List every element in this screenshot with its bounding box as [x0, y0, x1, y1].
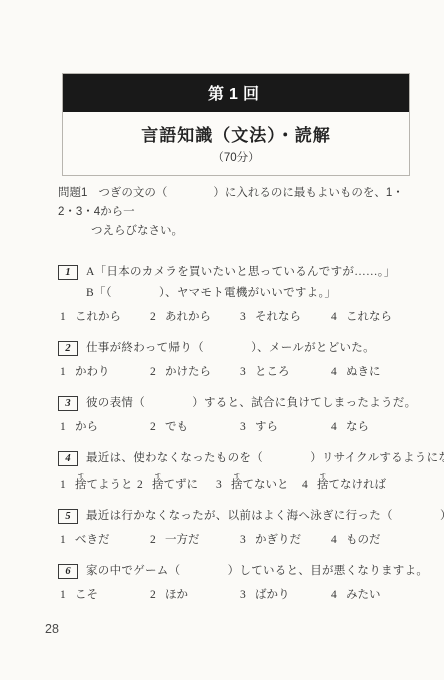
- option-label: 捨すてずに: [152, 479, 198, 491]
- option-label: 捨すてないと: [231, 479, 289, 491]
- option-2-1: 1かわり: [60, 363, 150, 382]
- question-4: 4最近は、使わなくなったものを（ ）リサイクルするようになった。1捨すてようと2…: [58, 448, 406, 495]
- option-number: 3: [240, 363, 248, 382]
- option-5-2: 2一方だ: [150, 531, 240, 550]
- option-label: 一方だ: [165, 534, 200, 546]
- question-stem: A「日本のカメラを買いたいと思っているんですが……。」B「（ ）、ヤマモト電機が…: [86, 262, 396, 304]
- option-number: 4: [331, 363, 339, 382]
- option-label: かわり: [75, 366, 110, 378]
- round-banner: 第1回: [63, 74, 409, 112]
- option-4-3: 3捨すてないと: [216, 473, 302, 495]
- option-5-1: 1べきだ: [60, 531, 150, 550]
- option-2-2: 2かけたら: [150, 363, 240, 382]
- question-stem: 家の中でゲーム（ ）していると、目が悪くなりますよ。: [86, 561, 428, 582]
- option-label: 捨すてようと: [75, 479, 133, 491]
- options-row: 1べきだ2一方だ3かぎりだ4ものだ: [60, 531, 406, 550]
- question-number-box: 4: [58, 451, 78, 466]
- option-number: 2: [150, 586, 158, 605]
- instruction-line-1: 問題1つぎの文の（ ）に入れるのに最もよいものを、1・2・3・4から一: [58, 184, 406, 222]
- option-label: かぎりだ: [255, 534, 301, 546]
- option-label: こそ: [75, 589, 98, 601]
- option-label: みたい: [346, 589, 381, 601]
- question-6: 6家の中でゲーム（ ）していると、目が悪くなりますよ。1こそ2ほか3ばかり4みた…: [58, 561, 406, 605]
- option-number: 4: [302, 476, 310, 495]
- instruction-text: つぎの文の（ ）に入れるのに最もよいものを、1・2・3・4から一: [58, 187, 404, 218]
- stem-line: 家の中でゲーム（ ）していると、目が悪くなりますよ。: [86, 561, 428, 582]
- option-number: 3: [240, 308, 248, 327]
- stem-line: A「日本のカメラを買いたいと思っているんですが……。」: [86, 262, 396, 283]
- option-number: 1: [60, 586, 68, 605]
- option-number: 1: [60, 418, 68, 437]
- question-stem: 仕事が終わって帰り（ ）、メールがとどいた。: [86, 338, 375, 359]
- option-1-2: 2あれから: [150, 308, 240, 327]
- question-number-box: 2: [58, 341, 78, 356]
- options-row: 1これから2あれから3それなら4これなら: [60, 308, 406, 327]
- option-label: べきだ: [75, 534, 110, 546]
- option-label: ぬきに: [346, 366, 381, 378]
- option-3-4: 4なら: [331, 418, 406, 437]
- option-5-3: 3かぎりだ: [240, 531, 331, 550]
- option-number: 3: [216, 476, 224, 495]
- option-3-2: 2でも: [150, 418, 240, 437]
- header-box: 第1回 言語知識（文法）・読解 （70分）: [62, 73, 410, 176]
- option-4-1: 1捨すてようと: [60, 473, 137, 495]
- test-title: 言語知識（文法）・読解: [63, 121, 409, 146]
- option-label: すら: [255, 421, 278, 433]
- content-area: 問題1つぎの文の（ ）に入れるのに最もよいものを、1・2・3・4から一 つえらび…: [58, 184, 406, 616]
- questions: 1A「日本のカメラを買いたいと思っているんですが……。」B「（ ）、ヤマモト電機…: [58, 262, 406, 605]
- options-row: 1捨すてようと2捨すてずに3捨すてないと4捨すてなければ: [60, 473, 406, 495]
- question-number-box: 3: [58, 396, 78, 411]
- option-label: これから: [75, 311, 121, 323]
- option-3-1: 1から: [60, 418, 150, 437]
- option-4-4: 4捨すてなければ: [302, 473, 406, 495]
- test-page: 第1回 言語知識（文法）・読解 （70分） 問題1つぎの文の（ ）に入れるのに最…: [0, 0, 444, 680]
- option-4-2: 2捨すてずに: [137, 473, 216, 495]
- option-label: ところ: [255, 366, 290, 378]
- option-5-4: 4ものだ: [331, 531, 406, 550]
- question-stem: 彼の表情（ ）すると、試合に負けてしまったようだ。: [86, 393, 416, 414]
- question-stem: 最近は行かなくなったが、以前はよく海へ泳ぎに行った（ ）。: [86, 506, 444, 527]
- option-number: 2: [150, 418, 158, 437]
- option-number: 1: [60, 363, 68, 382]
- option-number: 2: [137, 476, 145, 495]
- option-number: 3: [240, 586, 248, 605]
- option-label: なら: [346, 421, 369, 433]
- stem-line: 彼の表情（ ）すると、試合に負けてしまったようだ。: [86, 393, 416, 414]
- question-1: 1A「日本のカメラを買いたいと思っているんですが……。」B「（ ）、ヤマモト電機…: [58, 262, 406, 327]
- instruction-line-2: つえらびなさい。: [58, 222, 406, 241]
- question-number-box: 5: [58, 509, 78, 524]
- option-label: ものだ: [346, 534, 381, 546]
- option-number: 4: [331, 418, 339, 437]
- option-number: 2: [150, 363, 158, 382]
- option-2-3: 3ところ: [240, 363, 331, 382]
- options-row: 1から2でも3すら4なら: [60, 418, 406, 437]
- option-number: 1: [60, 476, 68, 495]
- option-label: それなら: [255, 311, 301, 323]
- option-number: 1: [60, 531, 68, 550]
- option-number: 4: [331, 586, 339, 605]
- stem-line: B「（ ）、ヤマモト電機がいいですよ。」: [86, 283, 396, 304]
- options-row: 1こそ2ほか3ばかり4みたい: [60, 586, 406, 605]
- page-number: 28: [45, 622, 59, 636]
- question-3: 3彼の表情（ ）すると、試合に負けてしまったようだ。1から2でも3すら4なら: [58, 393, 406, 437]
- option-label: ばかり: [255, 589, 290, 601]
- option-label: かけたら: [165, 366, 211, 378]
- option-1-1: 1これから: [60, 308, 150, 327]
- section-label: 問題1: [58, 187, 87, 199]
- stem-line: 最近は行かなくなったが、以前はよく海へ泳ぎに行った（ ）。: [86, 506, 444, 527]
- option-number: 2: [150, 531, 158, 550]
- question-2: 2仕事が終わって帰り（ ）、メールがとどいた。1かわり2かけたら3ところ4ぬきに: [58, 338, 406, 382]
- question-stem: 最近は、使わなくなったものを（ ）リサイクルするようになった。: [86, 448, 444, 469]
- option-number: 1: [60, 308, 68, 327]
- stem-line: 最近は、使わなくなったものを（ ）リサイクルするようになった。: [86, 448, 444, 469]
- option-number: 3: [240, 531, 248, 550]
- question-number-box: 1: [58, 265, 78, 280]
- option-3-3: 3すら: [240, 418, 331, 437]
- option-1-3: 3それなら: [240, 308, 331, 327]
- option-label: 捨すてなければ: [317, 479, 386, 491]
- question-number-box: 6: [58, 564, 78, 579]
- option-number: 2: [150, 308, 158, 327]
- option-label: あれから: [165, 311, 211, 323]
- option-2-4: 4ぬきに: [331, 363, 406, 382]
- option-label: から: [75, 421, 98, 433]
- option-number: 4: [331, 308, 339, 327]
- stem-line: 仕事が終わって帰り（ ）、メールがとどいた。: [86, 338, 375, 359]
- option-label: でも: [165, 421, 188, 433]
- question-5: 5最近は行かなくなったが、以前はよく海へ泳ぎに行った（ ）。1べきだ2一方だ3か…: [58, 506, 406, 550]
- option-label: これなら: [346, 311, 392, 323]
- option-6-4: 4みたい: [331, 586, 406, 605]
- test-duration: （70分）: [63, 149, 409, 165]
- option-6-3: 3ばかり: [240, 586, 331, 605]
- options-row: 1かわり2かけたら3ところ4ぬきに: [60, 363, 406, 382]
- instructions: 問題1つぎの文の（ ）に入れるのに最もよいものを、1・2・3・4から一 つえらび…: [58, 184, 406, 241]
- option-6-2: 2ほか: [150, 586, 240, 605]
- option-number: 3: [240, 418, 248, 437]
- option-label: ほか: [165, 589, 188, 601]
- option-number: 4: [331, 531, 339, 550]
- option-6-1: 1こそ: [60, 586, 150, 605]
- option-1-4: 4これなら: [331, 308, 406, 327]
